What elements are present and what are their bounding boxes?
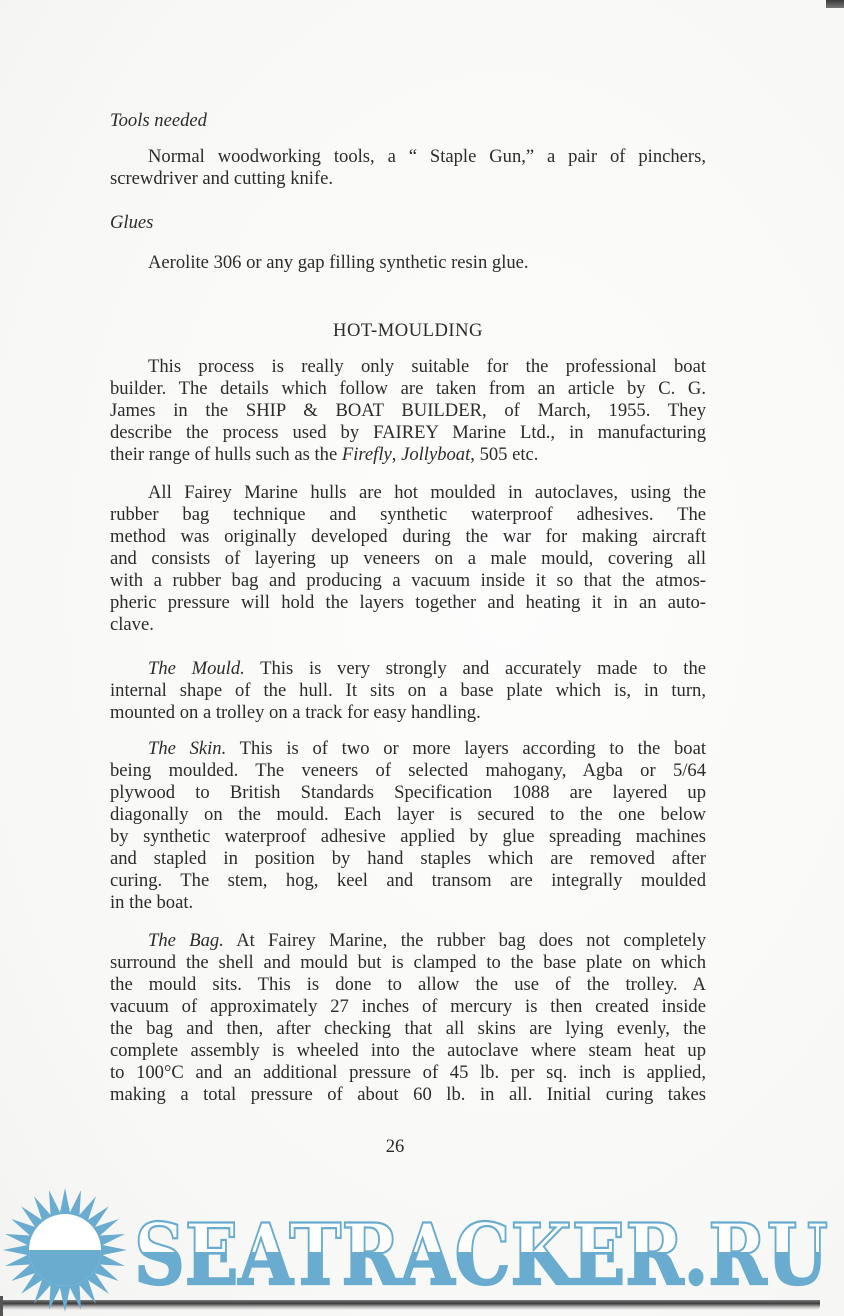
paragraph-line: internal shape of the hull. It sits on a… xyxy=(110,680,706,702)
paragraph-line: surround the shell and mould but is clam… xyxy=(110,952,706,974)
paragraph-line: rubber bag technique and synthetic water… xyxy=(110,504,706,526)
paragraph-line: Aerolite 306 or any gap filling syntheti… xyxy=(148,252,706,274)
paragraph-line: the mould sits. This is done to allow th… xyxy=(110,974,706,996)
paragraph-line: complete assembly is wheeled into the au… xyxy=(110,1040,706,1062)
subsection-label-bag: The Bag. xyxy=(148,930,224,951)
paragraph-line: to 100°C and an additional pressure of 4… xyxy=(110,1062,706,1084)
text: , xyxy=(392,444,401,465)
section-heading-tools: Tools needed xyxy=(110,110,706,132)
paragraph-line: All Fairey Marine hulls are hot moulded … xyxy=(148,482,706,504)
paragraph-line: curing. The stem, hog, keel and transom … xyxy=(110,870,706,892)
paragraph-line: Normal woodworking tools, a “ Staple Gun… xyxy=(148,146,706,168)
paragraph-line: builder. The details which follow are ta… xyxy=(110,378,706,400)
boat-name: Firefly xyxy=(342,444,392,465)
paragraph-line: pheric pressure will hold the layers tog… xyxy=(110,592,706,614)
paragraph-line: The Mould. This is very strongly and acc… xyxy=(148,658,706,680)
text: , 505 etc. xyxy=(470,444,538,465)
subsection-label-skin: The Skin. xyxy=(148,738,226,759)
paragraph-line: The Skin. This is of two or more layers … xyxy=(148,738,706,760)
paragraph-line: and stapled in position by hand staples … xyxy=(110,848,706,870)
paragraph-line: by synthetic waterproof adhesive applied… xyxy=(110,826,706,848)
paragraph-line: and consists of layering up veneers on a… xyxy=(110,548,706,570)
sun-icon xyxy=(0,1188,130,1316)
section-heading-glues: Glues xyxy=(110,212,706,234)
text: This is very strongly and accurately mad… xyxy=(245,658,706,679)
paragraph-line: plywood to British Standards Specificati… xyxy=(110,782,706,804)
paragraph-line: describe the process used by FAIREY Mari… xyxy=(110,422,706,444)
text: At Fairey Marine, the rubber bag does no… xyxy=(224,930,706,951)
text: their range of hulls such as the xyxy=(110,444,342,465)
paragraph-line: mounted on a trolley on a track for easy… xyxy=(110,702,706,724)
subsection-label-mould: The Mould. xyxy=(148,658,245,679)
paragraph-line: the bag and then, after checking that al… xyxy=(110,1018,706,1040)
text: This is of two or more layers according … xyxy=(226,738,706,759)
paragraph-line: vacuum of approximately 27 inches of mer… xyxy=(110,996,706,1018)
boat-name: Jollyboat xyxy=(401,444,470,465)
paragraph-line: in the boat. xyxy=(110,892,706,914)
watermark-logo-text: SEATRACKER.RU SEATRACKER.RU xyxy=(132,1212,832,1292)
paragraph-line: James in the SHIP & BOAT BUILDER, of Mar… xyxy=(110,400,706,422)
paragraph-line: being moulded. The veneers of selected m… xyxy=(110,760,706,782)
page-number: 26 xyxy=(0,1136,790,1158)
scan-corner-mark xyxy=(826,0,844,8)
paragraph-line: with a rubber bag and producing a vacuum… xyxy=(110,570,706,592)
paragraph-line: their range of hulls such as the Firefly… xyxy=(110,444,706,466)
paragraph-line: method was originally developed during t… xyxy=(110,526,706,548)
chapter-heading: HOT-MOULDING xyxy=(0,320,830,342)
paragraph-line: making a total pressure of about 60 lb. … xyxy=(110,1084,706,1106)
paragraph-line: The Bag. At Fairey Marine, the rubber ba… xyxy=(148,930,706,952)
paragraph-line: screwdriver and cutting knife. xyxy=(110,168,706,190)
paragraph-line: This process is really only suitable for… xyxy=(148,356,706,378)
paragraph-line: diagonally on the mould. Each layer is s… xyxy=(110,804,706,826)
paragraph-line: clave. xyxy=(110,614,706,636)
